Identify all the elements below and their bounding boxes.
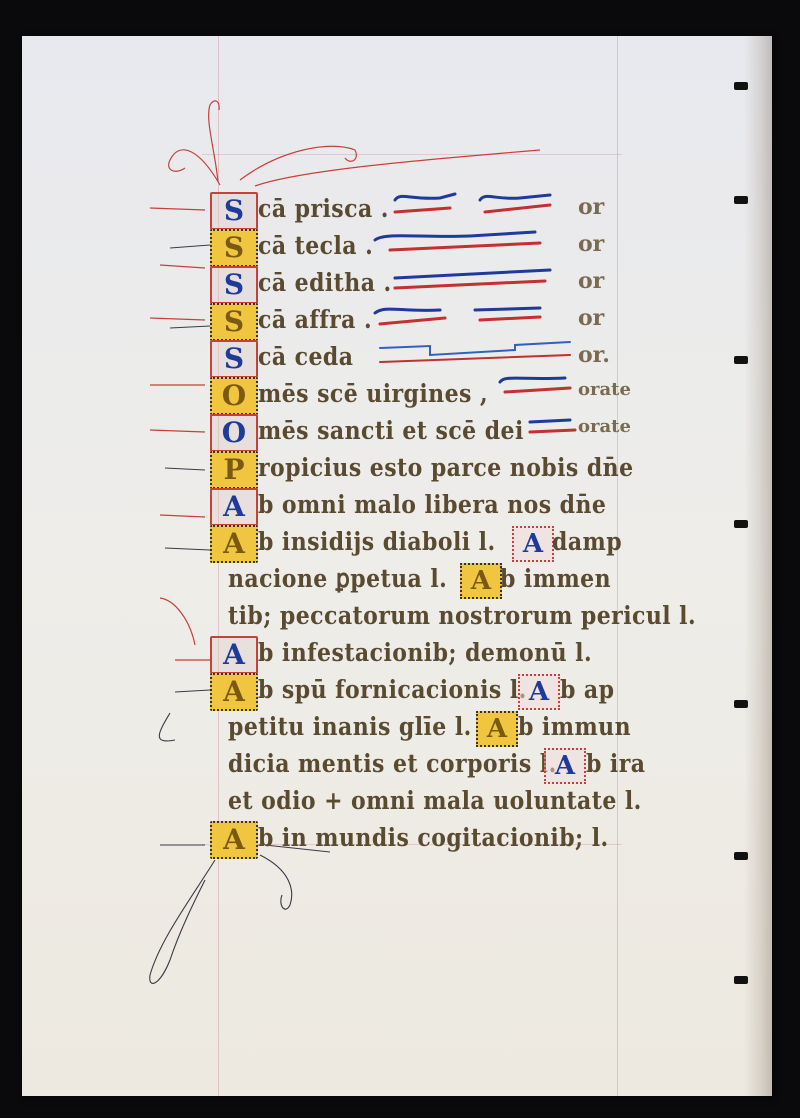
initial-a-infestacionibus: A — [210, 636, 258, 674]
litany-line: et odio + omni mala uoluntate l. — [228, 784, 642, 818]
binding-stub — [734, 356, 748, 364]
binding-stub — [734, 852, 748, 860]
litany-line: b omni malo libera nos dn̄e — [258, 488, 606, 522]
litany-line: mēs sancti et scē dei — [258, 414, 524, 448]
initial-a-omni-malo: A — [210, 488, 258, 526]
response-orate: orate — [578, 416, 631, 437]
response-ora: or — [578, 305, 604, 331]
initial-a-spiritu: A — [210, 673, 258, 711]
litany-line: petitu inanis glīe l. — [228, 710, 472, 744]
litany-line: dicia mentis et corporis l. — [228, 747, 557, 781]
ruling-line-right — [617, 36, 618, 1096]
litany-line: b insidijs diaboli l. — [258, 525, 496, 559]
initial-a-insidijs: A — [210, 525, 258, 563]
litany-line-tail: b ira — [586, 747, 645, 781]
response-ora: or — [578, 194, 604, 220]
ruling-line-top — [202, 154, 622, 155]
litany-line: cā tecla . — [258, 229, 373, 263]
litany-line: b spū fornicacionis l. — [258, 673, 527, 707]
litany-line: b in mundis cogitacionib; l. — [258, 821, 609, 855]
litany-line-tail: b ap — [560, 673, 614, 707]
litany-line: cā affra . — [258, 303, 372, 337]
response-ora: or — [578, 231, 604, 257]
initial-p-propicius: P — [210, 451, 258, 489]
inline-initial-a: A — [476, 711, 518, 747]
litany-line: tib; peccatorum nostrorum pericul l. — [228, 599, 696, 633]
litany-line-tail: b immen — [500, 562, 611, 596]
initial-s-ceda: S — [210, 340, 258, 378]
binding-stub — [734, 520, 748, 528]
initial-s-editha: S — [210, 266, 258, 304]
binding-stub — [734, 82, 748, 90]
litany-line: ropicius esto parce nobis dn̄e — [258, 451, 634, 485]
binding-stub — [734, 196, 748, 204]
litany-line: b infestacionib; demonū l. — [258, 636, 592, 670]
initial-o-sancti: O — [210, 414, 258, 452]
response-ora: or. — [578, 342, 610, 368]
litany-line-tail: damp — [552, 525, 622, 559]
initial-a-mundis: A — [210, 821, 258, 859]
binding-stub — [734, 976, 748, 984]
litany-line: nacione ꝑpetua l. — [228, 562, 447, 596]
response-ora: or — [578, 268, 604, 294]
response-orate: orate — [578, 379, 631, 400]
initial-s-affra: S — [210, 303, 258, 341]
litany-line-tail: b immun — [518, 710, 631, 744]
inline-initial-a: A — [460, 563, 502, 599]
litany-line: mēs scē uirgines , — [258, 377, 488, 411]
initial-s-prisca: S — [210, 192, 258, 230]
initial-s-tecla: S — [210, 229, 258, 267]
inline-initial-a: A — [512, 526, 554, 562]
initial-o-virgines: O — [210, 377, 258, 415]
inline-initial-a: A — [518, 674, 560, 710]
inline-initial-a: A — [544, 748, 586, 784]
litany-line: cā ceda — [258, 340, 353, 374]
binding-stub — [734, 700, 748, 708]
litany-line: cā editha . — [258, 266, 392, 300]
litany-line: cā prisca . — [258, 192, 389, 226]
